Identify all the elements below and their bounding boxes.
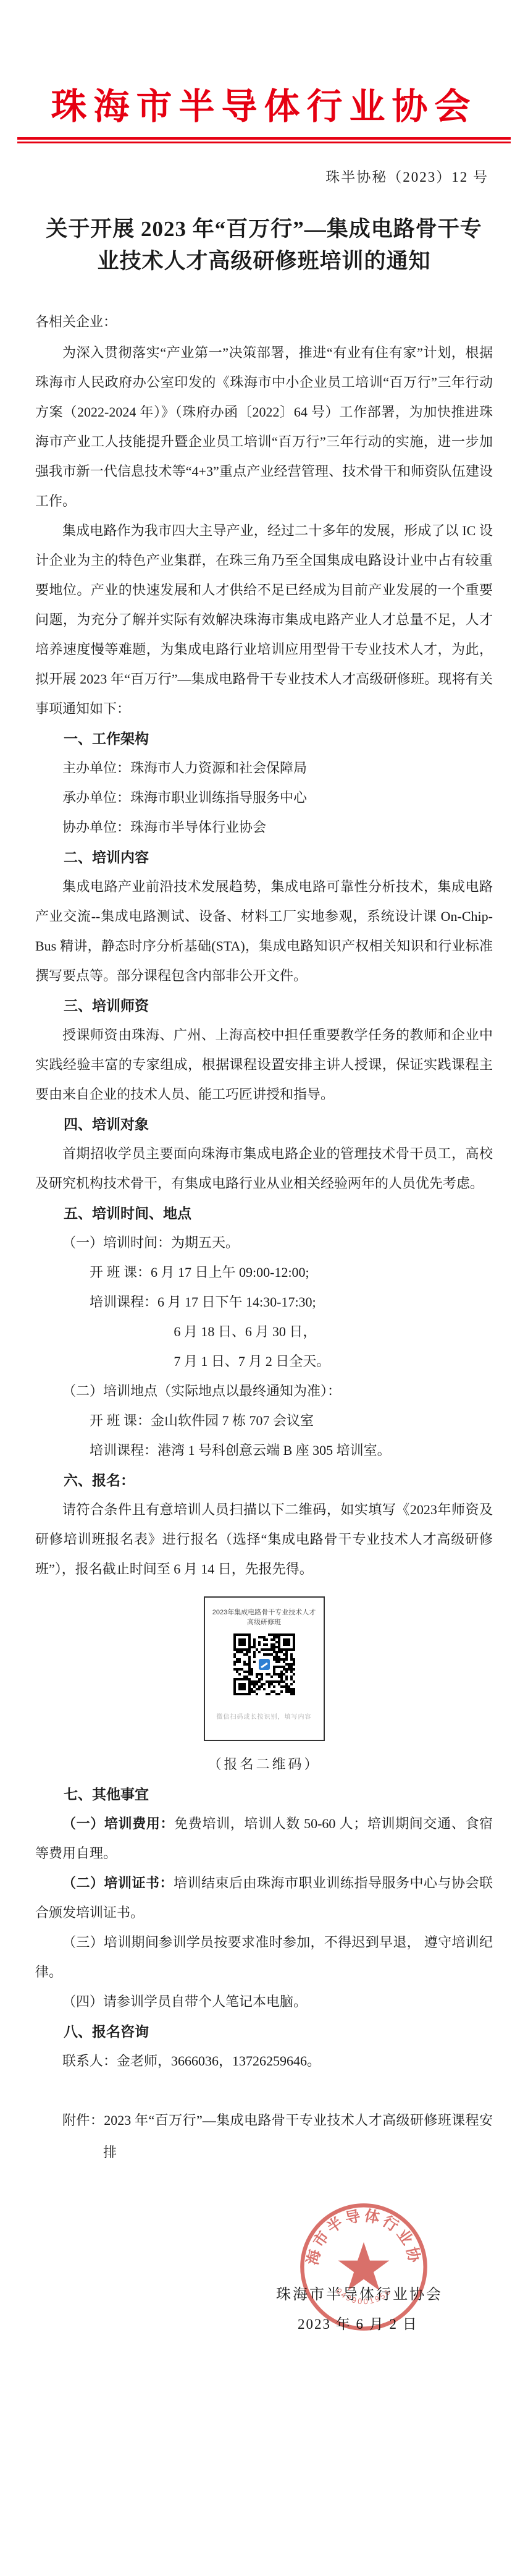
co-organizer-unit-line: 协办单位：珠海市半导体行业协会 bbox=[35, 813, 493, 842]
seal-star bbox=[338, 2242, 390, 2290]
other-item-4: （四）请参训学员自带个人笔记本电脑。 bbox=[35, 1987, 493, 2017]
document-title: 关于开展 2023 年“百万行”—集成电路骨干专 业技术人才高级研修班培训的通知 bbox=[0, 213, 528, 278]
training-time-label: （一）培训时间：为期五天。 bbox=[35, 1228, 493, 1258]
notice-document: 珠海市半导体行业协会 珠半协秘（2023）12 号 关于开展 2023 年“百万… bbox=[0, 0, 528, 2576]
other-item-2: （二）培训证书：培训结束后由珠海市职业训练指导服务中心与协会联合颁发培训证书。 bbox=[35, 1868, 493, 1928]
training-place-label: （二）培训地点（实际地点以最终通知为准）： bbox=[35, 1376, 493, 1406]
qr-scan-hint: 微信扫码或长按识别，填写内容 bbox=[211, 1703, 317, 1732]
seal-number: 0499001956 bbox=[334, 2286, 393, 2306]
other-item-1: （一）培训费用：免费培训，培训人数 50-60 人；培训期间交通、食宿等费用自理… bbox=[35, 1809, 493, 1868]
course-place: 培训课程：港湾 1 号科创意云端 B 座 305 培训室。 bbox=[90, 1436, 493, 1465]
section-1-heading: 一、工作架构 bbox=[35, 724, 493, 753]
opening-class-place: 开 班 课：金山软件园 7 栋 707 会议室 bbox=[90, 1406, 493, 1436]
document-title-line1: 关于开展 2023 年“百万行”—集成电路骨干专 bbox=[0, 213, 528, 245]
intro-paragraph-2: 集成电路作为我市四大主导产业，经过二十多年的发展，形成了以 IC 设计企业为主的… bbox=[35, 516, 493, 724]
section-8-heading: 八、报名咨询 bbox=[35, 2017, 493, 2046]
attachment-text: 附件：2023 年“百万行”—集成电路骨干专业技术人才高级研修班课程安排 bbox=[62, 2104, 493, 2169]
training-content-paragraph: 集成电路产业前沿技术发展趋势，集成电路可靠性分析技术，集成电路产业交流--集成电… bbox=[35, 872, 493, 991]
section-2-heading: 二、培训内容 bbox=[35, 842, 493, 872]
course-time: 培训课程：6 月 17 日下午 14:30-17:30; bbox=[90, 1287, 493, 1317]
certificate-label: （二）培训证书： bbox=[62, 1875, 174, 1891]
qr-caption: （报名二维码） bbox=[35, 1750, 493, 1779]
salutation: 各相关企业： bbox=[35, 307, 493, 337]
section-6-heading: 六、报名： bbox=[35, 1465, 493, 1495]
rule-line-top bbox=[17, 137, 511, 140]
qr-center-form-icon bbox=[259, 1659, 270, 1670]
faculty-paragraph: 授课师资由珠海、广州、上海高校中担任重要教学任务的教师和企业中实践经验丰富的专家… bbox=[35, 1020, 493, 1109]
svg-text:0499001956: 0499001956 bbox=[334, 2286, 393, 2306]
section-3-heading: 三、培训师资 bbox=[35, 991, 493, 1020]
intro-paragraph-1: 为深入贯彻落实“产业第一”决策部署，推进“有业有住有家”计划，根据珠海市人民政府… bbox=[35, 338, 493, 516]
course-time-cont-1: 6 月 18 日、6 月 30 日， bbox=[174, 1317, 493, 1347]
section-4-heading: 四、培训对象 bbox=[35, 1109, 493, 1139]
registration-paragraph: 请符合条件且有意培训人员扫描以下二维码，如实填写《2023年师资及研修培训班报名… bbox=[35, 1495, 493, 1584]
official-red-seal: 珠海市半导体行业协会 0499001956 bbox=[298, 2201, 429, 2332]
contact-line: 联系人：金老师，3666036，13726259646。 bbox=[35, 2046, 493, 2076]
qr-code bbox=[233, 1633, 295, 1695]
fee-label: （一）培训费用： bbox=[62, 1816, 174, 1831]
document-number: 珠半协秘（2023）12 号 bbox=[0, 166, 528, 186]
attachment-block: 附件：2023 年“百万行”—集成电路骨干专业技术人才高级研修班课程安排 bbox=[35, 2104, 493, 2169]
signature-area: 珠海市半导体行业协会 2023 年 6 月 2 日 珠海市半导体行业协会 049… bbox=[0, 2180, 528, 2446]
document-title-line2: 业技术人才高级研修班培训的通知 bbox=[0, 245, 528, 278]
letterhead-org-name: 珠海市半导体行业协会 bbox=[0, 85, 528, 129]
qr-card-title: 2023年集成电路骨干专业技术人才高级研修班 bbox=[211, 1608, 317, 1627]
opening-class-time: 开 班 课：6 月 17 日上午 09:00-12:00; bbox=[90, 1258, 493, 1287]
section-5-heading: 五、培训时间、地点 bbox=[35, 1198, 493, 1228]
registration-qr-card: 2023年集成电路骨干专业技术人才高级研修班 微信扫码或长按识别，填写内容 bbox=[204, 1596, 325, 1741]
host-unit-line: 主办单位：珠海市人力资源和社会保障局 bbox=[35, 753, 493, 783]
course-time-cont-2: 7 月 1 日、7 月 2 日全天。 bbox=[174, 1347, 493, 1376]
rule-line-bottom bbox=[17, 142, 511, 143]
trainee-paragraph: 首期招收学员主要面向珠海市集成电路企业的管理技术骨干员工，高校及研究机构技术骨干… bbox=[35, 1139, 493, 1198]
organizer-unit-line: 承办单位：珠海市职业训练指导服务中心 bbox=[35, 783, 493, 813]
document-body: 各相关企业： 为深入贯彻落实“产业第一”决策部署，推进“有业有住有家”计划，根据… bbox=[35, 307, 493, 2076]
section-7-heading: 七、其他事宜 bbox=[35, 1779, 493, 1809]
letterhead-double-rule bbox=[17, 137, 511, 143]
other-item-3: （三）培训期间参训学员按要求准时参加，不得迟到早退， 遵守培训纪律。 bbox=[35, 1928, 493, 1987]
